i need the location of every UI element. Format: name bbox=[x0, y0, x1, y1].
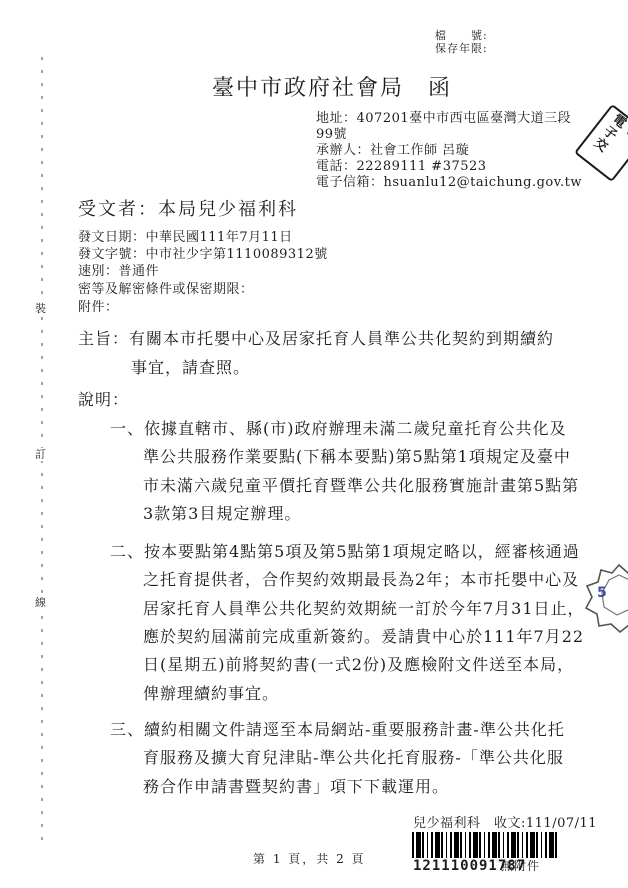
document-title: 臺中市政府社會局 函 bbox=[212, 78, 452, 100]
binding-mark-ding: 訂 bbox=[35, 448, 46, 461]
body-line-item3-1: 三、續約相關文件請逕至本局網站-重要服務計畫-準公共化托 bbox=[110, 722, 565, 738]
contact-address-line2: 99號 bbox=[316, 128, 347, 141]
barcode bbox=[412, 832, 558, 858]
contact-address-line1: 地址：407201臺中市西屯區臺灣大道三段 bbox=[316, 112, 571, 125]
body-line-item1-4: 3款第3目規定辦理。 bbox=[143, 506, 301, 522]
body-line-item2-4: 應於契約屆滿前完成重新簽約。爰請貴中心於111年7月22 bbox=[143, 629, 584, 645]
contact-email: 電子信箱：hsuanlu12@taichung.gov.tw bbox=[316, 176, 582, 189]
body-line-item2-6: 俾辦理續約事宜。 bbox=[143, 686, 279, 702]
body-line-subject-1: 主旨：有關本市托嬰中心及居家托育人員準公共化契約到期續約 bbox=[78, 331, 554, 347]
body-line-item2-2: 之托育提供者，合作契約效期最長為2年；本市托嬰中心及 bbox=[143, 572, 579, 588]
meta-attachment: 附件： bbox=[78, 301, 119, 314]
meta-doc-number: 發文字號：中市社少字第1110089312號 bbox=[78, 248, 328, 261]
meta-security: 密等及解密條件或保密期限： bbox=[78, 283, 254, 296]
receipt-dept-line: 兒少福利科 收文:111/07/11 bbox=[413, 817, 597, 830]
attachment-note: 無附件 bbox=[501, 860, 540, 872]
binding-mark-zhuang: 裝 bbox=[35, 302, 46, 315]
meta-issue-date: 發文日期：中華民國111年7月11日 bbox=[78, 231, 293, 244]
contact-phone: 電話：22289111 #37523 bbox=[316, 160, 487, 173]
body-line-subject-2: 事宜，請查照。 bbox=[131, 360, 250, 376]
body-line-item1-2: 準公共服務作業要點(下稱本要點)第5點第1項規定及臺中 bbox=[143, 449, 571, 465]
body-line-item2-3: 居家托育人員準公共化契約效期統一訂於今年7月31日止， bbox=[143, 601, 585, 617]
body-line-item3-2: 育服務及擴大育兒津貼-準公共化托育服務-「準公共化服 bbox=[143, 750, 564, 766]
body-line-item1-1: 一、依據直轄市、縣(市)政府辦理未滿二歲兒童托育公共化及 bbox=[110, 421, 567, 437]
body-line-explanation-label: 說明： bbox=[78, 392, 129, 408]
electronic-exchange-stamp: 電子交換 bbox=[574, 104, 628, 182]
binding-mark-xian: 線 bbox=[35, 596, 46, 609]
meta-speed: 速別：普通件 bbox=[78, 265, 159, 278]
retention-label: 保存年限: bbox=[435, 42, 488, 55]
seal-number: 5 bbox=[597, 585, 607, 601]
recipient-line: 受文者：本局兒少福利科 bbox=[78, 201, 298, 219]
body-line-item3-3: 務合作申請書暨契約書」項下下載運用。 bbox=[143, 779, 449, 795]
page-number-footer: 第 1 頁，共 2 頁 bbox=[253, 853, 366, 865]
contact-officer: 承辦人：社會工作師 呂璇 bbox=[316, 144, 469, 157]
official-letter-page: 裝 訂 線 檔 號: 保存年限: 臺中市政府社會局 函 地址：407201臺中市… bbox=[0, 0, 628, 888]
body-line-item2-1: 二、按本要點第4點第5項及第5點第1項規定略以，經審核通過 bbox=[110, 544, 580, 560]
body-line-item1-3: 市未滿六歲兒童平價托育暨準公共化服務實施計畫第5點第 bbox=[143, 478, 579, 494]
file-number-label: 檔 號: bbox=[435, 29, 488, 42]
body-line-item2-5: 日(星期五)前將契約書(一式2份)及應檢附文件送至本局， bbox=[143, 657, 574, 673]
